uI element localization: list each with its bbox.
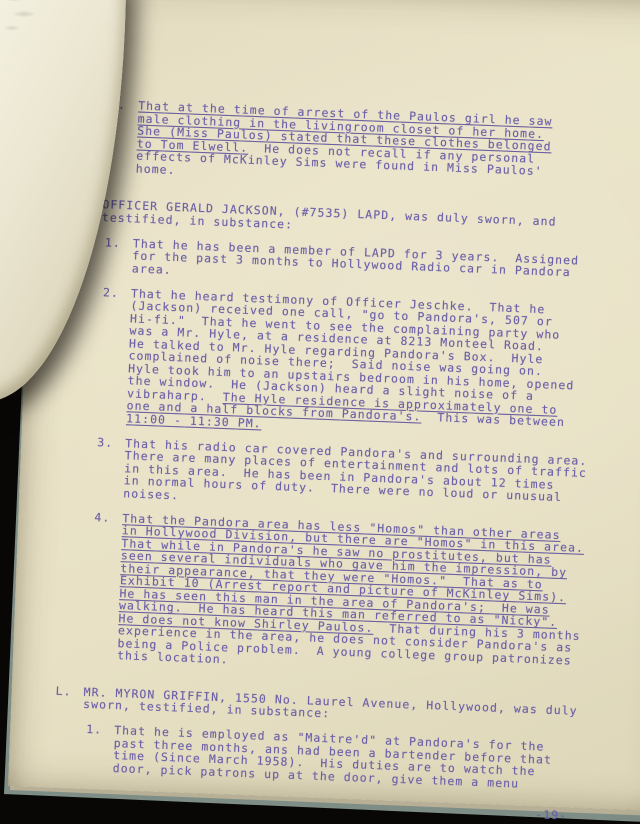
testimony-item-l1: 1. That he is employed as "Maitre'd" at … <box>9 720 640 795</box>
page-curl-smudge <box>0 0 54 40</box>
passage: That his radio car covered Pandora's and… <box>123 436 588 504</box>
item-number: 1. <box>105 236 121 249</box>
page-number: -19- <box>7 788 640 824</box>
witness-heading-text: OFFICER GERALD JACKSON, (#7535) LAPD, wa… <box>102 197 557 231</box>
item-number: 2. <box>103 286 119 299</box>
testimony-item-5: 5. That at the time of arrest of the Pau… <box>32 96 640 196</box>
section-label: L. <box>55 684 71 697</box>
item-number: 1. <box>86 723 102 736</box>
passage: That he has been a member of LAPD for 3 … <box>132 236 580 279</box>
testimony-item-k2: 2. That he heard testimony of Officer Je… <box>22 283 640 446</box>
passage: That he heard testimony of Officer Jesch… <box>127 286 575 404</box>
underlined-passage: That the Pandora area has less "Homos" t… <box>118 511 584 635</box>
item-number: 4. <box>94 511 110 524</box>
passage: That he is employed as "Maitre'd" at Pan… <box>113 723 553 790</box>
testimony-item-k3: 3. That his radio car covered Pandora's … <box>19 433 640 521</box>
witness-heading-text: MR. MYRON GRIFFIN, 1550 No. Laurel Avenu… <box>83 684 578 720</box>
item-number: 3. <box>97 436 113 449</box>
document-photo: 5. That at the time of arrest of the Pau… <box>0 0 640 824</box>
testimony-item-k4: 4. That the Pandora area has less "Homos… <box>13 508 640 683</box>
